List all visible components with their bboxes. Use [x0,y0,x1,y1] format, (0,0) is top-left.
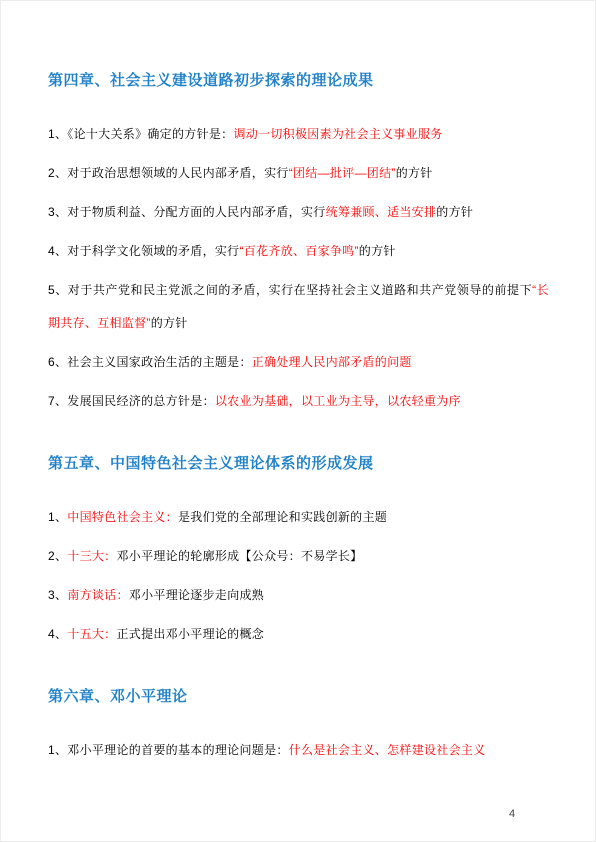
plain-text: 正式提出邓小平理论的概念 [116,627,264,641]
chapter-section: 第五章、中国特色社会主义理论体系的形成发展1、中国特色社会主义：是我们党的全部理… [48,454,549,651]
plain-text: 的方针 [151,316,188,330]
chapter-heading: 第五章、中国特色社会主义理论体系的形成发展 [48,454,549,474]
plain-text: 3、对于物质利益、分配方面的人民内部矛盾，实行 [48,205,326,219]
note-item: 4、十五大：正式提出邓小平理论的概念 [48,618,549,651]
plain-text: 邓小平理论逐步走向成熟 [129,588,264,602]
highlighted-text: 中国特色社会主义： [67,510,178,524]
plain-text: 邓小平理论的轮廓形成【公众号：不易学长】 [116,549,362,563]
plain-text: 的方针 [436,205,473,219]
note-item: 3、南方谈话：邓小平理论逐步走向成熟 [48,579,549,612]
chapter-section: 第四章、社会主义建设道路初步探索的理论成果1、《论十大关系》确定的方针是：调动一… [48,71,549,418]
highlighted-text: 十五大： [67,627,116,641]
plain-text: 是我们党的全部理论和实践创新的主题 [178,510,387,524]
plain-text: 1、邓小平理论的首要的基本的理论问题是： [48,743,289,757]
highlighted-text: 正确处理人民内部矛盾的问题 [252,355,412,369]
plain-text: 2、对于政治思想领域的人民内部矛盾，实行 [48,166,289,180]
note-item: 7、发展国民经济的总方针是：以农业为基础，以工业为主导，以农轻重为序 [48,385,549,418]
page-number: 4 [509,807,515,821]
note-item: 2、十三大：邓小平理论的轮廓形成【公众号：不易学长】 [48,540,549,573]
note-item: 3、对于物质利益、分配方面的人民内部矛盾，实行统筹兼顾、适当安排的方针 [48,196,549,229]
note-item: 1、邓小平理论的首要的基本的理论问题是：什么是社会主义、怎样建设社会主义 [48,734,549,767]
highlighted-text: 南方谈话： [67,588,129,602]
plain-text: 3、 [48,588,67,602]
highlighted-text: 十三大： [67,549,116,563]
plain-text: 4、 [48,627,67,641]
highlighted-text: 什么是社会主义、怎样建设社会主义 [289,743,486,757]
note-item: 5、对于共产党和民主党派之间的矛盾，实行在坚持社会主义道路和共产党领导的前提下“… [48,274,549,340]
plain-text: 7、发展国民经济的总方针是： [48,394,215,408]
note-item: 1、中国特色社会主义：是我们党的全部理论和实践创新的主题 [48,501,549,534]
note-item: 4、对于科学文化领域的矛盾，实行“百花齐放、百家争鸣”的方针 [48,235,549,268]
notes-content: 第四章、社会主义建设道路初步探索的理论成果1、《论十大关系》确定的方针是：调动一… [48,1,549,803]
highlighted-text: “百花齐放、百家争鸣” [239,244,358,258]
highlighted-text: “团结—批评—团结” [289,166,396,180]
chapter-heading: 第六章、邓小平理论 [48,687,549,707]
plain-text: 的方针 [359,244,396,258]
highlighted-text: 统筹兼顾、适当安排 [326,205,437,219]
plain-text: 5、对于共产党和民主党派之间的矛盾，实行在坚持社会主义道路和共产党领导的前提下 [48,283,532,297]
chapter-section: 第六章、邓小平理论1、邓小平理论的首要的基本的理论问题是：什么是社会主义、怎样建… [48,687,549,767]
document-page: 第四章、社会主义建设道路初步探索的理论成果1、《论十大关系》确定的方针是：调动一… [0,0,596,842]
chapter-heading: 第四章、社会主义建设道路初步探索的理论成果 [48,71,549,91]
highlighted-text: 以农业为基础，以工业为主导，以农轻重为序 [215,394,461,408]
plain-text: 1、 [48,510,67,524]
plain-text: 2、 [48,549,67,563]
plain-text: 4、对于科学文化领域的矛盾，实行 [48,244,239,258]
note-item: 6、社会主义国家政治生活的主题是：正确处理人民内部矛盾的问题 [48,346,549,379]
note-item: 1、《论十大关系》确定的方针是：调动一切积极因素为社会主义事业服务 [48,118,549,151]
plain-text: 6、社会主义国家政治生活的主题是： [48,355,252,369]
plain-text: 的方针 [396,166,433,180]
plain-text: 1、《论十大关系》确定的方针是： [48,127,233,141]
highlighted-text: 调动一切积极因素为社会主义事业服务 [233,127,442,141]
note-item: 2、对于政治思想领域的人民内部矛盾，实行“团结—批评—团结”的方针 [48,157,549,190]
